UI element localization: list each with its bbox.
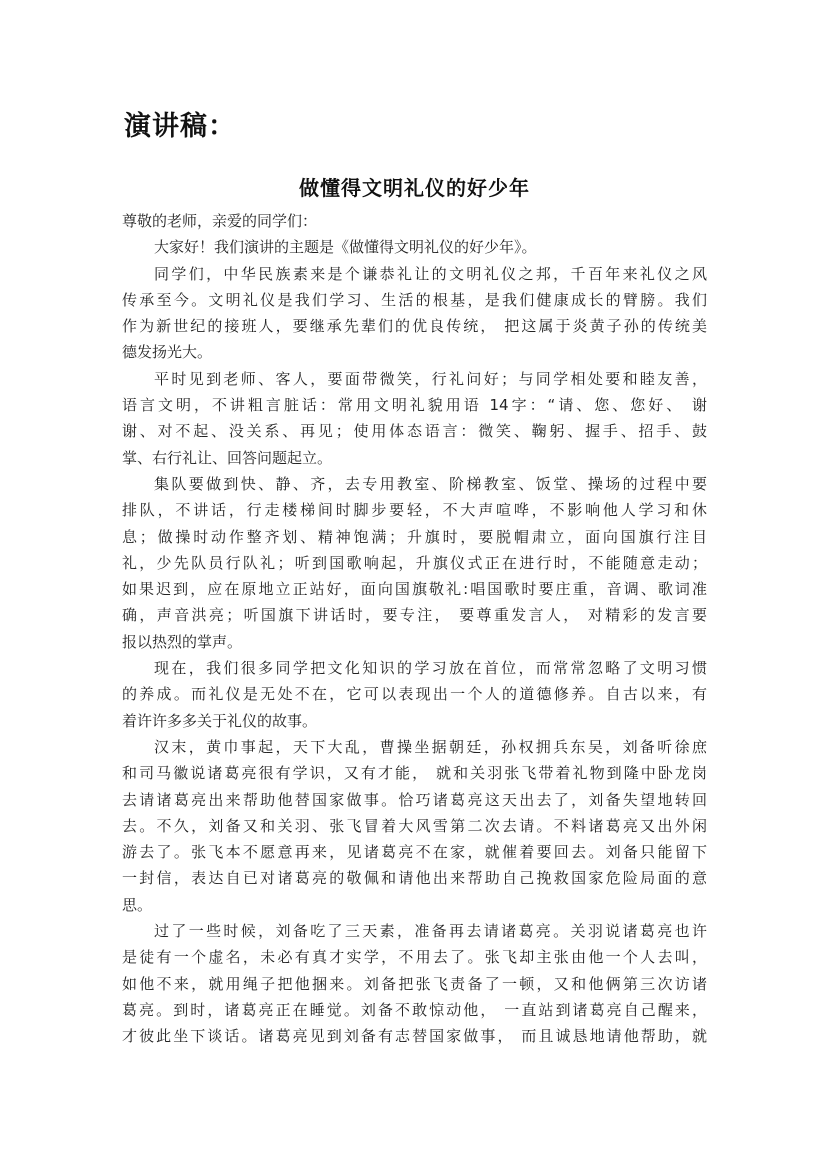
text-line: 如他不来，就用绳子把他捆来。刘备把张飞责备了一顿，又和他俩第三次访诸 bbox=[122, 971, 707, 997]
text-line: 作为新世纪的接班人，要继承先辈们的优良传统， 把这属于炎黄子孙的传统美 bbox=[122, 313, 707, 339]
text-line: 掌、右行礼让、回答问题起立。 bbox=[122, 445, 707, 471]
text-line: 思。 bbox=[122, 892, 707, 918]
speech-title: 做懂得文明礼仪的好少年 bbox=[122, 172, 707, 201]
text-line: 如果迟到，应在原地立正站好，面向国旗敬礼:唱国歌时要庄重，音调、歌词准 bbox=[122, 576, 707, 602]
text-line: 平时见到老师、客人，要面带微笑，行礼问好；与同学相处要和睦友善， bbox=[122, 366, 707, 392]
text-line: 汉末，黄巾事起，天下大乱，曹操坐据朝廷，孙权拥兵东吴，刘备听徐庶 bbox=[122, 734, 707, 760]
text-line: 去请诸葛亮出来帮助他替国家做事。恰巧诸葛亮这天出去了，刘备失望地转回 bbox=[122, 787, 707, 813]
text-line: 德发扬光大。 bbox=[122, 339, 707, 365]
text-line: 传承至今。文明礼仪是我们学习、生活的根基，是我们健康成长的臂膀。我们 bbox=[122, 287, 707, 313]
text-line: 一封信，表达自已对诸葛亮的敬佩和请他出来帮助自己挽救国家危险局面的意 bbox=[122, 865, 707, 891]
text-line: 葛亮。到时，诸葛亮正在睡觉。刘备不敢惊动他， 一直站到诸葛亮自己醒来， bbox=[122, 997, 707, 1023]
text-line: 去。不久，刘备又和关羽、张飞冒着大风雪第二次去请。不料诸葛亮又出外闲 bbox=[122, 813, 707, 839]
text-line: 的养成。而礼仪是无处不在，它可以表现出一个人的道德修养。自古以来，有 bbox=[122, 681, 707, 707]
salutation-line: 尊敬的老师，亲爱的同学们： bbox=[122, 208, 707, 234]
text-line: 和司马徽说诸葛亮很有学识，又有才能， 就和关羽张飞带着礼物到隆中卧龙岗 bbox=[122, 760, 707, 786]
speech-body: 尊敬的老师，亲爱的同学们：大家好！我们演讲的主题是《做懂得文明礼仪的好少年》。同… bbox=[122, 208, 707, 1050]
text-line: 着许许多多关于礼仪的故事。 bbox=[122, 708, 707, 734]
text-line: 语言文明，不讲粗言脏话：常用文明礼貌用语 14字：“请、您、您好、 谢 bbox=[122, 392, 707, 418]
text-line: 才彼此坐下谈话。诸葛亮见到刘备有志替国家做事， 而且诚恳地请他帮助，就 bbox=[122, 1023, 707, 1049]
text-line: 游去了。张飞本不愿意再来，见诸葛亮不在家，就催着要回去。刘备只能留下 bbox=[122, 839, 707, 865]
text-line: 谢、对不起、没关系、再见；使用体态语言：微笑、鞠躬、握手、招手、鼓 bbox=[122, 418, 707, 444]
text-line: 息；做操时动作整齐划、精神饱满；升旗时，要脱帽肃立，面向国旗行注目 bbox=[122, 524, 707, 550]
document-heading: 演讲稿： bbox=[124, 104, 236, 143]
text-line: 同学们，中华民族素来是个谦恭礼让的文明礼仪之邦，千百年来礼仪之风 bbox=[122, 261, 707, 287]
text-line: 报以热烈的掌声。 bbox=[122, 629, 707, 655]
text-line: 大家好！我们演讲的主题是《做懂得文明礼仪的好少年》。 bbox=[122, 234, 707, 260]
text-line: 现在，我们很多同学把文化知识的学习放在首位，而常常忽略了文明习惯 bbox=[122, 655, 707, 681]
text-line: 是徒有一个虚名，未必有真才实学，不用去了。张飞却主张由他一个人去叫， bbox=[122, 944, 707, 970]
text-line: 礼，少先队员行队礼；听到国歌响起，升旗仪式正在进行时，不能随意走动； bbox=[122, 550, 707, 576]
text-line: 集队要做到快、静、齐，去专用教室、阶梯教室、饭堂、操场的过程中要 bbox=[122, 471, 707, 497]
text-line: 确，声音洪亮；听国旗下讲话时，要专注， 要尊重发言人， 对精彩的发言要 bbox=[122, 602, 707, 628]
text-line: 排队，不讲话，行走楼梯间时脚步要轻，不大声喧哗，不影响他人学习和休 bbox=[122, 497, 707, 523]
text-line: 过了一些时候，刘备吃了三天素，准备再去请诸葛亮。关羽说诸葛亮也许 bbox=[122, 918, 707, 944]
